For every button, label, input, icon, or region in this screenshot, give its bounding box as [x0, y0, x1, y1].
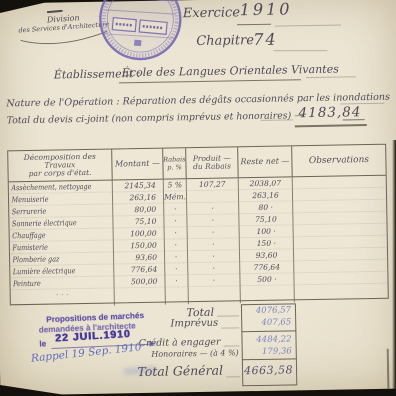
- discount-product-value: 107,27: [187, 178, 239, 191]
- net-remainder-value: 150 ·: [240, 237, 294, 250]
- rappel-note: Rappel 19 Sep. 1910: [30, 341, 142, 365]
- net-remainder-value: 100 ·: [240, 225, 294, 238]
- header-travaux: Décomposition des Travaux par corps d'ét…: [8, 150, 113, 182]
- discount-value: ·: [165, 227, 188, 239]
- paper-edge-line: [387, 349, 390, 389]
- chapitre-label: Chapitre: [196, 33, 254, 49]
- discount-value: ·: [164, 215, 187, 227]
- total-leader: [217, 315, 239, 316]
- etablissement-underline: [119, 79, 301, 83]
- discount-product-value: ·: [188, 262, 240, 275]
- pen-dash-mark: [47, 10, 63, 13]
- work-category: Menuiserie: [9, 194, 49, 207]
- work-category: Lumière électrique: [10, 265, 75, 278]
- document-paper: Division des Services d'Architecture Exe…: [0, 0, 396, 395]
- exercice-label: Exercice: [183, 5, 240, 21]
- header-produit: Produit — du Rabais: [186, 147, 239, 178]
- discount-product-value: ·: [187, 202, 239, 215]
- amount-value: 150,00: [114, 240, 165, 253]
- work-category: Chauffage: [10, 230, 46, 243]
- work-category: Peinture: [10, 278, 41, 291]
- amount-value: 100,00: [114, 228, 165, 241]
- net-remainder-value: 75,10: [239, 213, 293, 226]
- discount-value: ·: [165, 251, 188, 263]
- net-remainder-value: 93,60: [240, 249, 294, 262]
- header-rabais-line1: Rabais: [163, 155, 185, 163]
- total-general-leader: [226, 376, 240, 377]
- filler-dots: · · ·: [11, 288, 115, 307]
- total-general-value: 4663,58: [244, 363, 292, 377]
- discount-product-value: ·: [188, 226, 240, 239]
- header-montant: Montant —: [112, 149, 164, 180]
- amount-value: 776,64: [114, 264, 165, 277]
- works-breakdown-table: Décomposition des Travaux par corps d'ét…: [7, 144, 389, 306]
- amount-value: 80,00: [113, 204, 164, 217]
- exercice-rule: [275, 24, 341, 26]
- net-remainder-value: 263,16: [239, 189, 293, 202]
- work-category: Sonnerie électrique: [9, 217, 76, 230]
- header-rabais-line2: p. %: [167, 163, 182, 171]
- header-travaux-line2: par corps d'état.: [29, 169, 92, 178]
- proposition-line3: le: [39, 339, 46, 348]
- net-remainder-value: 80 ·: [239, 201, 293, 214]
- imprevus-leader: [221, 327, 239, 328]
- discount-product-value: ·: [188, 250, 240, 263]
- discount-product-value: ·: [188, 274, 240, 287]
- exercice-value: 1910: [240, 0, 293, 19]
- work-category: Plomberie gaz: [10, 253, 60, 266]
- net-remainder-value: 776,64: [240, 261, 294, 274]
- devis-underline-small: [343, 119, 365, 120]
- discount-value: 5 %: [164, 179, 187, 191]
- net-remainder-value: 500 ·: [240, 273, 294, 286]
- discount-value: ·: [165, 275, 188, 287]
- chapitre-rule: [273, 50, 327, 51]
- work-category: Serrurerie: [9, 206, 46, 219]
- devis-underline: [295, 124, 367, 127]
- discount-value: ·: [165, 263, 188, 275]
- nature-label: Nature de l'Opération :: [6, 96, 119, 109]
- amount-value: 263,16: [113, 192, 164, 205]
- photo-edge-shadow-right: [392, 140, 396, 396]
- chapitre-value: 74: [253, 30, 278, 49]
- work-category: Fumisterie: [10, 242, 48, 255]
- ministry-stamp-icon: [90, 0, 191, 67]
- credit-value: 4484,22: [243, 334, 291, 345]
- amount-value: 93,60: [114, 252, 165, 265]
- arrow-icon: [149, 341, 155, 347]
- discount-value: ·: [165, 239, 188, 251]
- devis-label: Total du devis ci-joint (non compris imp…: [7, 110, 304, 126]
- net-remainder-value: 2038,07: [239, 177, 293, 190]
- amount-value: 2145,34: [113, 180, 164, 193]
- table-body: Assèchement, nettoyage et maçonnerie 214…: [9, 176, 388, 291]
- amount-value: 75,10: [113, 216, 164, 229]
- header-observations: Observations: [292, 145, 386, 177]
- work-category: Assèchement, nettoyage et maçonnerie: [9, 181, 97, 195]
- discount-value: Mém.: [164, 191, 187, 203]
- amount-value: 500,00: [114, 276, 165, 289]
- header-produit-line2: du Rabais: [193, 162, 231, 171]
- credit-leader: [224, 345, 240, 346]
- imprevus-label: Imprévus: [142, 318, 218, 330]
- imprevus-value: 407,65: [243, 317, 291, 328]
- discount-product-value: ·: [188, 238, 240, 251]
- total-value: 4076,57: [243, 305, 291, 316]
- exercice-underline: [237, 24, 271, 26]
- header-reste: Reste net —: [238, 146, 293, 177]
- honoraires-value: 179,36: [244, 346, 292, 357]
- discount-product-value: ·: [187, 214, 239, 227]
- discount-product-value: [187, 190, 239, 203]
- header-rabais: Rabais p. %: [163, 148, 187, 178]
- etablissement-rule: [306, 76, 356, 78]
- discount-value: ·: [164, 203, 187, 215]
